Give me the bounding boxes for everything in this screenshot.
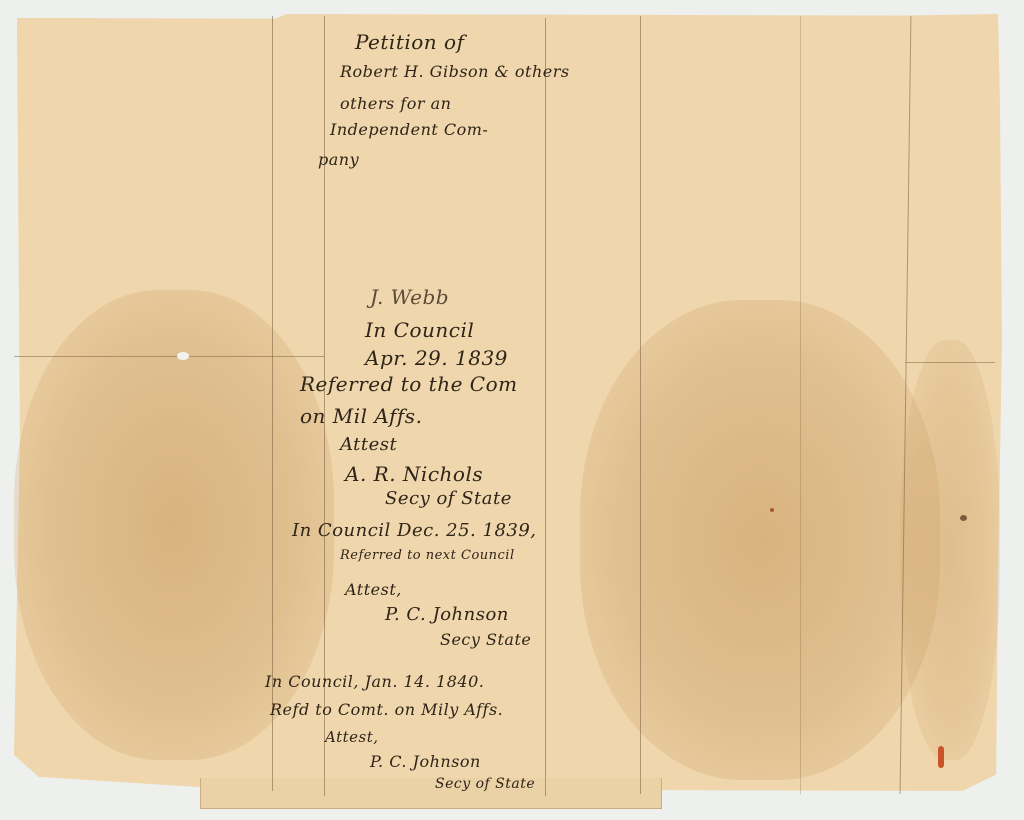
endorsement-header: In Council [365,318,474,342]
endorsement-signature: P. C. Johnson [370,752,481,771]
docket-title-line: pany [318,150,359,169]
endorsement-signature: A. R. Nichols [345,462,483,486]
horizontal-fold [14,356,324,357]
vertical-fold [545,18,546,796]
ink-spot [770,508,774,512]
endorsement-signature: P. C. Johnson [385,604,509,625]
endorsement-action: on Mil Affs. [300,404,422,428]
endorsement-header: In Council Dec. 25. 1839, [292,520,537,541]
vertical-fold [800,16,801,794]
endorsement-title: Secy State [440,630,531,649]
vertical-fold [640,16,641,794]
endorsement-date: Apr. 29. 1839 [365,346,508,370]
docket-title-line: Robert H. Gibson & others [340,62,570,81]
endorsement-action: Referred to next Council [340,548,515,563]
endorsement-attest: Attest [340,434,397,455]
endorsement-header: In Council, Jan. 14. 1840. [265,672,484,691]
water-stain-right [900,340,1000,760]
endorsement-action: Referred to the Com [300,372,518,396]
docket-title-line: Independent Com- [330,120,488,139]
folded-bottom-flap [200,778,662,809]
ink-spot [960,515,967,521]
water-stain-center [580,300,940,780]
horizontal-fold [905,362,995,363]
endorsement-attest: Attest, [325,728,379,746]
filing-mark: J. Webb [370,285,449,309]
red-wax-mark [938,746,944,768]
docket-title-line: Petition of [355,30,464,54]
endorsement-attest: Attest, [345,580,402,599]
docket-title-line: others for an [340,94,451,113]
endorsement-title: Secy of State [385,488,512,509]
endorsement-action: Refd to Comt. on Mily Affs. [270,700,503,719]
paper-hole [177,352,189,360]
endorsement-title: Secy of State [435,776,535,792]
